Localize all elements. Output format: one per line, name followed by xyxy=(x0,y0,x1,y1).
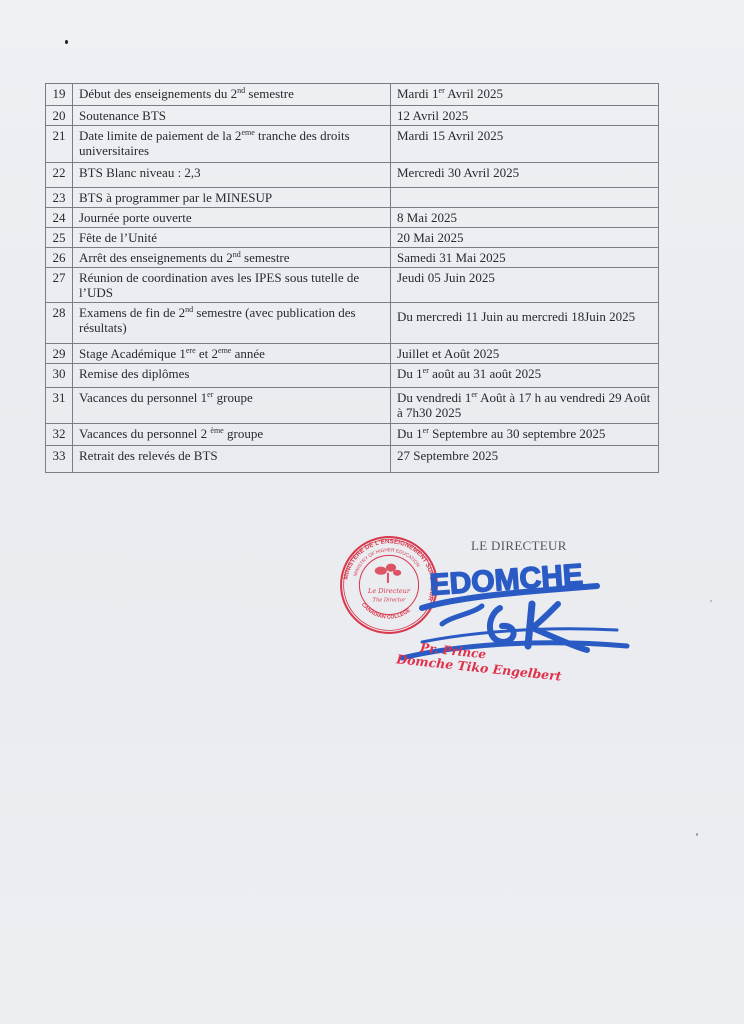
table-row: 27Réunion de coordination aves les IPES … xyxy=(46,268,659,303)
event-cell: BTS Blanc niveau : 2,3 xyxy=(73,163,391,188)
event-cell: Soutenance BTS xyxy=(73,106,391,126)
date-cell: Du 1er Septembre au 30 septembre 2025 xyxy=(391,424,659,446)
calendar-table: 19Début des enseignements du 2nd semestr… xyxy=(45,83,659,473)
date-cell: Jeudi 05 Juin 2025 xyxy=(391,268,659,303)
table-row: 30Remise des diplômesDu 1er août au 31 a… xyxy=(46,364,659,388)
event-cell: Journée porte ouverte xyxy=(73,208,391,228)
date-cell: Mardi 15 Avril 2025 xyxy=(391,126,659,163)
table-row: 31Vacances du personnel 1er groupeDu ven… xyxy=(46,388,659,424)
table-row: 26Arrêt des enseignements du 2nd semestr… xyxy=(46,248,659,268)
row-number: 24 xyxy=(46,208,73,228)
event-cell: Examens de fin de 2nd semestre (avec pub… xyxy=(73,303,391,344)
document-page: 19Début des enseignements du 2nd semestr… xyxy=(0,0,744,1024)
paper-speck xyxy=(696,833,698,836)
date-cell: Juillet et Août 2025 xyxy=(391,344,659,364)
row-number: 19 xyxy=(46,84,73,106)
row-number: 28 xyxy=(46,303,73,344)
table-row: 25Fête de l’Unité20 Mai 2025 xyxy=(46,228,659,248)
row-number: 26 xyxy=(46,248,73,268)
table-row: 21Date limite de paiement de la 2eme tra… xyxy=(46,126,659,163)
date-cell: Du vendredi 1er Août à 17 h au vendredi … xyxy=(391,388,659,424)
date-cell xyxy=(391,188,659,208)
date-cell: 12 Avril 2025 xyxy=(391,106,659,126)
table-row: 24Journée porte ouverte8 Mai 2025 xyxy=(46,208,659,228)
table-row: 29Stage Académique 1ere et 2eme annéeJui… xyxy=(46,344,659,364)
date-cell: Du 1er août au 31 août 2025 xyxy=(391,364,659,388)
table-row: 32Vacances du personnel 2 ème groupeDu 1… xyxy=(46,424,659,446)
date-cell: Mercredi 30 Avril 2025 xyxy=(391,163,659,188)
row-number: 27 xyxy=(46,268,73,303)
row-number: 30 xyxy=(46,364,73,388)
event-cell: Retrait des relevés de BTS xyxy=(73,446,391,473)
row-number: 25 xyxy=(46,228,73,248)
event-cell: BTS à programmer par le MINESUP xyxy=(73,188,391,208)
event-cell: Réunion de coordination aves les IPES so… xyxy=(73,268,391,303)
date-cell: Du mercredi 11 Juin au mercredi 18Juin 2… xyxy=(391,303,659,344)
table-row: 20Soutenance BTS12 Avril 2025 xyxy=(46,106,659,126)
event-cell: Début des enseignements du 2nd semestre xyxy=(73,84,391,106)
row-number: 29 xyxy=(46,344,73,364)
date-cell: 8 Mai 2025 xyxy=(391,208,659,228)
paper-speck xyxy=(710,600,712,602)
event-cell: Fête de l’Unité xyxy=(73,228,391,248)
row-number: 20 xyxy=(46,106,73,126)
event-cell: Date limite de paiement de la 2eme tranc… xyxy=(73,126,391,163)
row-number: 23 xyxy=(46,188,73,208)
date-cell: 20 Mai 2025 xyxy=(391,228,659,248)
table-row: 28Examens de fin de 2nd semestre (avec p… xyxy=(46,303,659,344)
date-cell: Mardi 1er Avril 2025 xyxy=(391,84,659,106)
date-cell: 27 Septembre 2025 xyxy=(391,446,659,473)
row-number: 33 xyxy=(46,446,73,473)
table-row: 22BTS Blanc niveau : 2,3Mercredi 30 Avri… xyxy=(46,163,659,188)
date-cell: Samedi 31 Mai 2025 xyxy=(391,248,659,268)
event-cell: Remise des diplômes xyxy=(73,364,391,388)
row-number: 32 xyxy=(46,424,73,446)
event-cell: Vacances du personnel 2 ème groupe xyxy=(73,424,391,446)
table-row: 19Début des enseignements du 2nd semestr… xyxy=(46,84,659,106)
event-cell: Stage Académique 1ere et 2eme année xyxy=(73,344,391,364)
row-number: 21 xyxy=(46,126,73,163)
row-number: 22 xyxy=(46,163,73,188)
signature-block: MINISTERE DE L'ENSEIGNEMENT SUPERIEUR MI… xyxy=(330,528,640,708)
table-row: 33Retrait des relevés de BTS27 Septembre… xyxy=(46,446,659,473)
table-row: 23BTS à programmer par le MINESUP xyxy=(46,188,659,208)
event-cell: Vacances du personnel 1er groupe xyxy=(73,388,391,424)
event-cell: Arrêt des enseignements du 2nd semestre xyxy=(73,248,391,268)
row-number: 31 xyxy=(46,388,73,424)
paper-speck xyxy=(65,40,68,44)
